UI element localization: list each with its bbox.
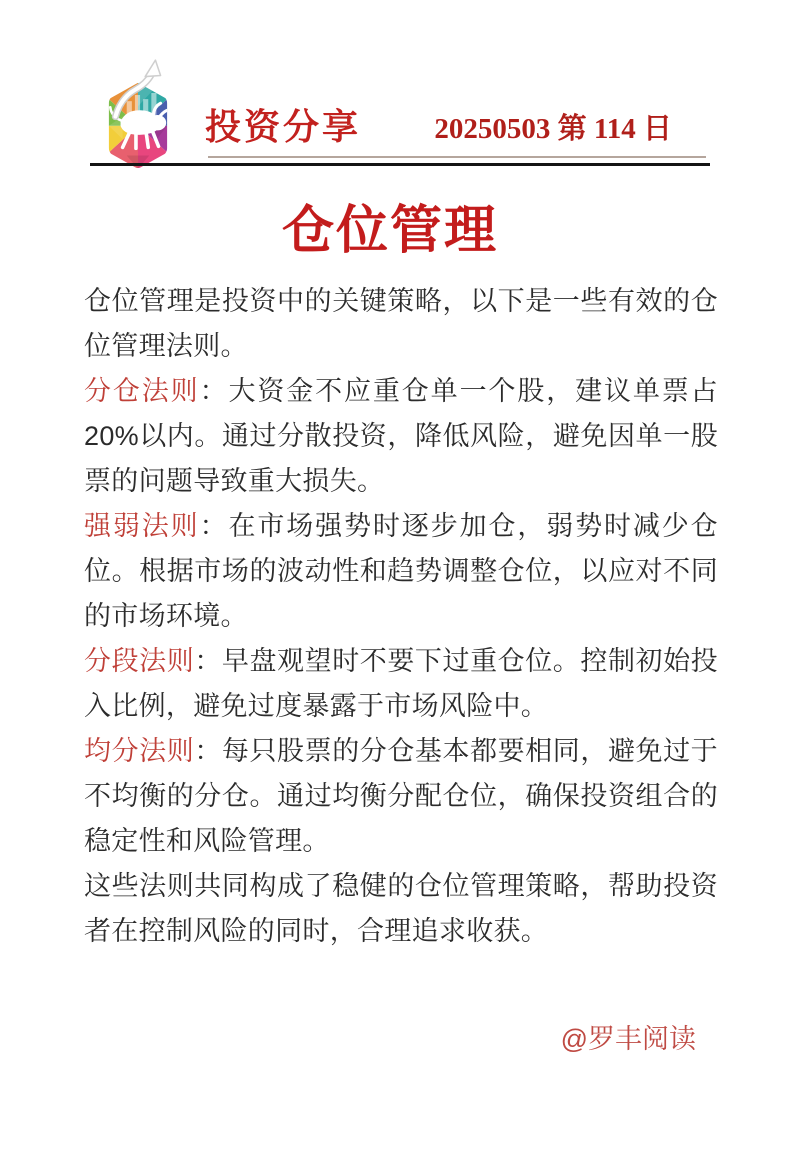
- rule-label: 强弱法则: [84, 511, 200, 541]
- closing-paragraph: 这些法则共同构成了稳健的仓位管理策略，帮助投资者在控制风险的同时，合理追求收获。: [84, 864, 718, 954]
- article-body: 仓位管理是投资中的关键策略，以下是一些有效的仓位管理法则。 分仓法则：大资金不应…: [84, 279, 718, 954]
- rule-label: 均分法则: [84, 736, 194, 766]
- brand-title: 投资分享: [205, 99, 361, 150]
- rule-label: 分段法则: [84, 646, 194, 676]
- rule-paragraph-fencang: 分仓法则：大资金不应重仓单一个股，建议单票占20%以内。通过分散投资，降低风险，…: [84, 369, 718, 504]
- rule-label: 分仓法则: [84, 376, 200, 406]
- rule-colon: ：: [194, 646, 222, 676]
- rule-colon: ：: [200, 511, 229, 541]
- investment-poster-page: 投资分享 20250503 第 114 日 仓位管理 仓位管理是投资中的关键策略…: [0, 0, 800, 1151]
- author-credit: @罗丰阅读: [561, 1017, 696, 1056]
- rainbow-hexagon: [109, 83, 172, 169]
- intro-paragraph: 仓位管理是投资中的关键策略，以下是一些有效的仓位管理法则。: [84, 279, 718, 369]
- page-title: 仓位管理: [84, 188, 696, 263]
- rule-paragraph-qiangruo: 强弱法则：在市场强势时逐步加仓，弱势时减少仓位。根据市场的波动性和趋势调整仓位，…: [84, 504, 718, 639]
- issue-date: 20250503 第 114 日: [434, 106, 672, 147]
- rule-colon: ：: [200, 376, 229, 406]
- bull-growth-arrow-logo-icon: [98, 55, 178, 173]
- header-divider-black: [90, 163, 710, 166]
- header-divider-thin: [208, 156, 706, 158]
- rule-paragraph-junfen: 均分法则：每只股票的分仓基本都要相同，避免过于不均衡的分仓。通过均衡分配仓位，确…: [84, 729, 718, 864]
- rule-colon: ：: [194, 736, 222, 766]
- rule-paragraph-fenduan: 分段法则：早盘观望时不要下过重仓位。控制初始投入比例，避免过度暴露于市场风险中。: [84, 639, 718, 729]
